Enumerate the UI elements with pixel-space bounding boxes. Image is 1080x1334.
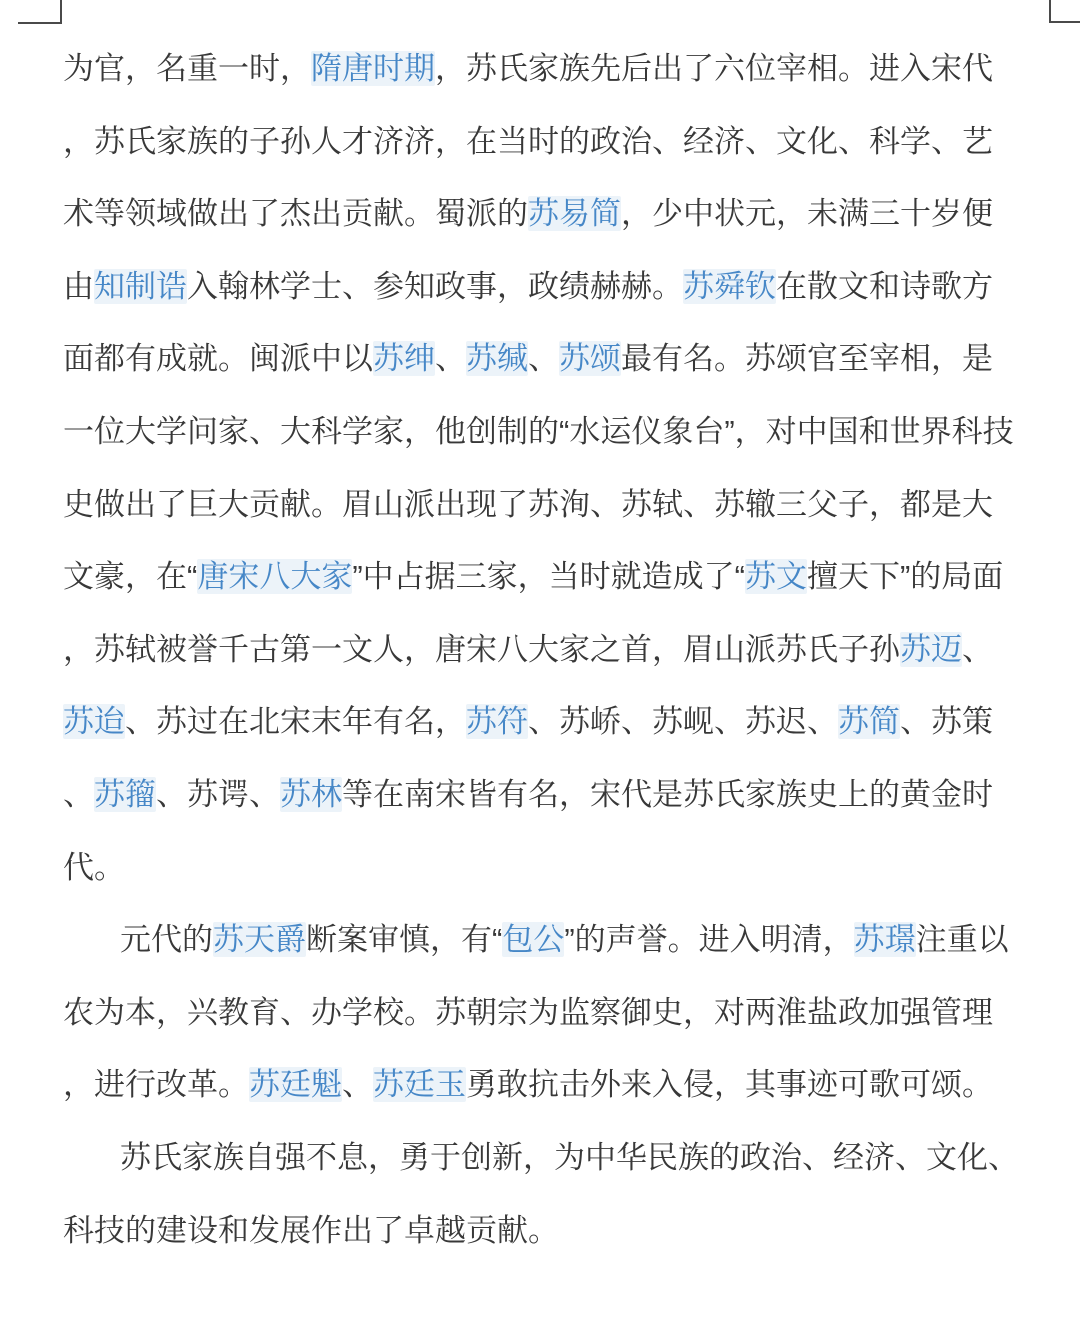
document-body: 为官，名重一时，隋唐时期，苏氏家族先后出了六位宰相。进入宋代，苏氏家族的子孙人才… [63,0,1043,1267]
text-run: 、苏峤、苏岘、苏迟、 [528,704,838,739]
text-run: ，进行改革。 [63,1067,249,1102]
entity-link[interactable]: 苏廷魁 [249,1067,342,1102]
entity-link[interactable]: 苏缄 [466,341,528,376]
text-run: 文豪，在“ [63,559,197,594]
entity-link[interactable]: 苏绅 [373,341,435,376]
text-line: 科技的建设和发展作出了卓越贡献。 [63,1195,1043,1268]
text-run: 、 [962,632,993,667]
text-run: ，苏轼被誉千古第一文人，唐宋八大家之首，眉山派苏氏子孙 [63,632,900,667]
text-line: 文豪，在“唐宋八大家”中占据三家，当时就造成了“苏文擅天下”的局面 [63,541,1043,614]
text-line: 为官，名重一时，隋唐时期，苏氏家族先后出了六位宰相。进入宋代 [63,33,1043,106]
text-line: 、苏籀、苏谔、苏林等在南宋皆有名，宋代是苏氏家族史上的黄金时 [63,759,1043,832]
text-run: 史做出了巨大贡献。眉山派出现了苏洵、苏轼、苏辙三父子，都是大 [63,487,993,522]
text-run: 农为本，兴教育、办学校。苏朝宗为监察御史，对两淮盐政加强管理 [63,995,993,1030]
text-line: ，苏轼被誉千古第一文人，唐宋八大家之首，眉山派苏氏子孙苏迈、 [63,614,1043,687]
text-line: 由知制诰入翰林学士、参知政事，政绩赫赫。苏舜钦在散文和诗歌方 [63,251,1043,324]
entity-link[interactable]: 唐宋八大家 [197,559,352,594]
entity-link[interactable]: 苏颂 [559,341,621,376]
entity-link[interactable]: 包公 [502,922,564,957]
text-run: 代。 [63,850,125,885]
text-run: 等在南宋皆有名，宋代是苏氏家族史上的黄金时 [342,777,993,812]
text-run: 最有名。苏颂官至宰相，是 [621,341,993,376]
text-line: 面都有成就。闽派中以苏绅、苏缄、苏颂最有名。苏颂官至宰相，是 [63,323,1043,396]
text-line: 史做出了巨大贡献。眉山派出现了苏洵、苏轼、苏辙三父子，都是大 [63,469,1043,542]
text-line: 苏迨、苏过在北宋末年有名，苏符、苏峤、苏岘、苏迟、苏简、苏策 [63,686,1043,759]
text-line: 一位大学问家、大科学家，他创制的“水运仪象台”，对中国和世界科技 [63,396,1043,469]
text-run: 苏氏家族自强不息，勇于创新，为中华民族的政治、经济、文化、 [120,1140,1019,1175]
entity-link[interactable]: 苏易简 [528,196,621,231]
text-run: 、苏谔、 [156,777,280,812]
text-run: 、 [63,777,94,812]
text-line: 术等领域做出了杰出贡献。蜀派的苏易简，少中状元，未满三十岁便 [63,178,1043,251]
text-run: 术等领域做出了杰出贡献。蜀派的 [63,196,528,231]
entity-link[interactable]: 隋唐时期 [311,51,435,86]
entity-link[interactable]: 苏林 [280,777,342,812]
text-run: 元代的 [120,922,213,957]
margin-crop-mark-top-right [1049,0,1080,23]
text-line: ，进行改革。苏廷魁、苏廷玉勇敢抗击外来入侵，其事迹可歌可颂。 [63,1049,1043,1122]
entity-link[interactable]: 苏迨 [63,704,125,739]
entity-link[interactable]: 苏简 [838,704,900,739]
text-run: 、 [528,341,559,376]
text-run: 科技的建设和发展作出了卓越贡献。 [63,1213,559,1248]
entity-link[interactable]: 苏迈 [900,632,962,667]
text-run: ，苏氏家族的子孙人才济济，在当时的政治、经济、文化、科学、艺 [63,124,993,159]
margin-crop-mark-top-left [18,0,62,24]
text-line: 苏氏家族自强不息，勇于创新，为中华民族的政治、经济、文化、 [63,1122,1043,1195]
text-run: 入翰林学士、参知政事，政绩赫赫。 [187,269,683,304]
entity-link[interactable]: 苏廷玉 [373,1067,466,1102]
text-run: 、 [342,1067,373,1102]
text-run: 、苏策 [900,704,993,739]
text-run: 勇敢抗击外来入侵，其事迹可歌可颂。 [466,1067,993,1102]
entity-link[interactable]: 苏籀 [94,777,156,812]
text-run: ”的声誉。进入明清， [564,922,853,957]
text-run: 在散文和诗歌方 [776,269,993,304]
text-run: 面都有成就。闽派中以 [63,341,373,376]
entity-link[interactable]: 苏舜钦 [683,269,776,304]
entity-link[interactable]: 苏文 [745,559,807,594]
text-line: 农为本，兴教育、办学校。苏朝宗为监察御史，对两淮盐政加强管理 [63,977,1043,1050]
text-run: 为官，名重一时， [63,51,311,86]
entity-link[interactable]: 苏璟 [854,922,916,957]
text-line: 元代的苏天爵断案审慎，有“包公”的声誉。进入明清，苏璟注重以 [63,904,1043,977]
text-run: 由 [63,269,94,304]
text-run: 、苏过在北宋末年有名， [125,704,466,739]
text-run: 注重以 [916,922,1009,957]
text-line: 代。 [63,832,1043,905]
entity-link[interactable]: 苏天爵 [213,922,306,957]
text-run: 、 [435,341,466,376]
text-run: ，少中状元，未满三十岁便 [621,196,993,231]
text-run: ”中占据三家，当时就造成了“ [352,559,745,594]
text-run: ，苏氏家族先后出了六位宰相。进入宋代 [435,51,993,86]
text-run: 擅天下”的局面 [807,559,1003,594]
text-run: 断案审慎，有“ [306,922,502,957]
text-run: 一位大学问家、大科学家，他创制的“水运仪象台”，对中国和世界科技 [63,414,1014,449]
entity-link[interactable]: 知制诰 [94,269,187,304]
text-line: ，苏氏家族的子孙人才济济，在当时的政治、经济、文化、科学、艺 [63,106,1043,179]
entity-link[interactable]: 苏符 [466,704,528,739]
